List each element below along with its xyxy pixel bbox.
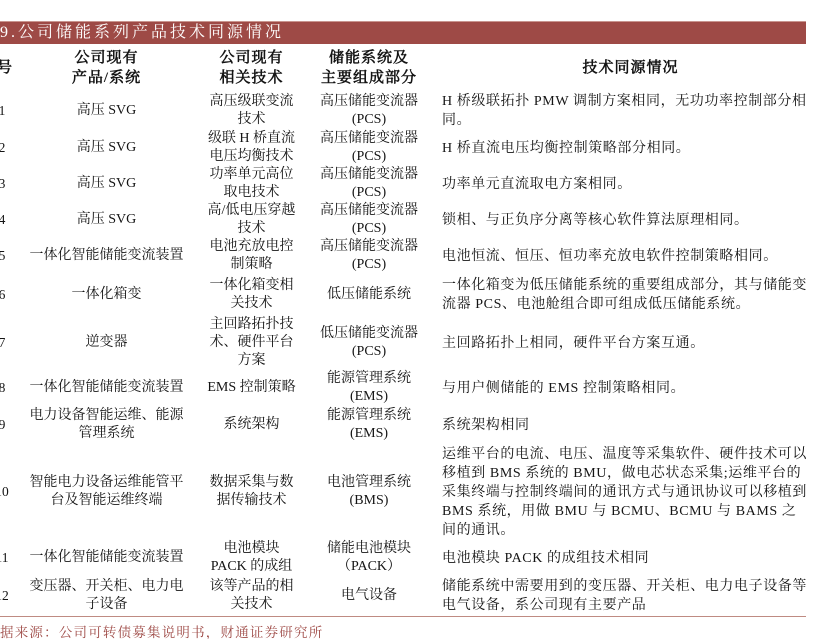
homology-cell: 主回路拓扑上相同，硬件平台方案互通。 (434, 316, 827, 370)
table-row: 1高压 SVG高压级联变流技术高压储能变流器(PCS)H 桥级联拓扑 PMW 调… (0, 92, 827, 130)
table-row: 12变压器、开关柜、电力电子设备该等产品的相关技术电气设备储能系统中需要用到的变… (0, 576, 827, 616)
table-row: 5一体化智能储能变流装置电池充放电控制策略高压储能变流器(PCS)电池恒流、恒压… (0, 238, 827, 274)
tech-cell: EMS 控制策略 (199, 370, 304, 406)
component-cell: 低压储能变流器(PCS) (304, 316, 434, 370)
table-body: 1高压 SVG高压级联变流技术高压储能变流器(PCS)H 桥级联拓扑 PMW 调… (0, 92, 827, 616)
homology-cell: 与用户侧储能的 EMS 控制策略相同。 (434, 370, 827, 406)
tech-cell: 高压级联变流技术 (199, 92, 304, 130)
table-title: 9.公司储能系列产品技术同源情况 (0, 24, 284, 41)
row-number-cell: 10 (0, 444, 14, 540)
component-cell: 能源管理系统(EMS) (304, 370, 434, 406)
homology-cell: 运维平台的电流、电压、温度等采集软件、硬件技术可以移植到 BMS 系统的 BMU… (434, 444, 827, 540)
tech-cell: 数据采集与数据传输技术 (199, 444, 304, 540)
product-cell: 变压器、开关柜、电力电子设备 (14, 576, 199, 616)
tech-cell: 电池充放电控制策略 (199, 238, 304, 274)
row-number-cell: 8 (0, 370, 14, 406)
source-note: 据来源：公司可转债募集说明书，财通证券研究所 (0, 617, 806, 639)
homology-cell: 锁相、与正负序分离等核心软件算法原理相同。 (434, 202, 827, 238)
homology-table: 号 公司现有 产品/系统 公司现有 相关技术 储能系统及 主要组成部分 技术同源… (0, 44, 827, 616)
table-row: 6一体化箱变一体化箱变相关技术低压储能系统一体化箱变为低压储能系统的重要组成部分… (0, 274, 827, 316)
tech-cell: 电池模块 PACK 的成组 (199, 540, 304, 576)
row-number-cell: 3 (0, 166, 14, 202)
table-row: 9电力设备智能运维、能源管理系统系统架构能源管理系统(EMS)系统架构相同 (0, 406, 827, 444)
table-row: 8一体化智能储能变流装置EMS 控制策略能源管理系统(EMS)与用户侧储能的 E… (0, 370, 827, 406)
table-row: 10智能电力设备运维能管平台及智能运维终端数据采集与数据传输技术电池管理系统(B… (0, 444, 827, 540)
homology-cell: 电池模块 PACK 的成组技术相同 (434, 540, 827, 576)
product-cell: 高压 SVG (14, 92, 199, 130)
component-cell: 高压储能变流器(PCS) (304, 238, 434, 274)
table-wrap: 号 公司现有 产品/系统 公司现有 相关技术 储能系统及 主要组成部分 技术同源… (0, 44, 827, 639)
row-number-cell: 7 (0, 316, 14, 370)
component-cell: 储能电池模块（PACK） (304, 540, 434, 576)
table-row: 4高压 SVG高/低电压穿越技术高压储能变流器(PCS)锁相、与正负序分离等核心… (0, 202, 827, 238)
row-number-cell: 12 (0, 576, 14, 616)
header-tech: 公司现有 相关技术 (199, 44, 304, 92)
tech-cell: 该等产品的相关技术 (199, 576, 304, 616)
product-cell: 一体化智能储能变流装置 (14, 238, 199, 274)
tech-cell: 级联 H 桥直流电压均衡技术 (199, 130, 304, 166)
component-cell: 电池管理系统(BMS) (304, 444, 434, 540)
homology-cell: 系统架构相同 (434, 406, 827, 444)
homology-cell: 功率单元直流取电方案相同。 (434, 166, 827, 202)
row-number-cell: 5 (0, 238, 14, 274)
product-cell: 高压 SVG (14, 166, 199, 202)
row-number-cell: 9 (0, 406, 14, 444)
homology-cell: 一体化箱变为低压储能系统的重要组成部分，其与储能变流器 PCS、电池舱组合即可组… (434, 274, 827, 316)
table-header: 号 公司现有 产品/系统 公司现有 相关技术 储能系统及 主要组成部分 技术同源… (0, 44, 827, 92)
component-cell: 高压储能变流器(PCS) (304, 166, 434, 202)
table-row: 7逆变器主回路拓扑技术、硬件平台方案低压储能变流器(PCS)主回路拓扑上相同，硬… (0, 316, 827, 370)
component-cell: 高压储能变流器(PCS) (304, 130, 434, 166)
header-homology: 技术同源情况 (434, 44, 827, 92)
homology-cell: 储能系统中需要用到的变压器、开关柜、电力电子设备等电气设备，系公司现有主要产品 (434, 576, 827, 616)
product-cell: 电力设备智能运维、能源管理系统 (14, 406, 199, 444)
header-component: 储能系统及 主要组成部分 (304, 44, 434, 92)
table-title-bar: 9.公司储能系列产品技术同源情况 (0, 21, 806, 44)
header-product: 公司现有 产品/系统 (14, 44, 199, 92)
table-row: 2高压 SVG级联 H 桥直流电压均衡技术高压储能变流器(PCS)H 桥直流电压… (0, 130, 827, 166)
tech-cell: 功率单元高位取电技术 (199, 166, 304, 202)
component-cell: 能源管理系统(EMS) (304, 406, 434, 444)
header-no: 号 (0, 44, 14, 92)
tech-cell: 高/低电压穿越技术 (199, 202, 304, 238)
product-cell: 高压 SVG (14, 202, 199, 238)
product-cell: 一体化智能储能变流装置 (14, 370, 199, 406)
tech-cell: 系统架构 (199, 406, 304, 444)
component-cell: 高压储能变流器(PCS) (304, 92, 434, 130)
product-cell: 一体化箱变 (14, 274, 199, 316)
component-cell: 电气设备 (304, 576, 434, 616)
row-number-cell: 1 (0, 92, 14, 130)
row-number-cell: 11 (0, 540, 14, 576)
header-row: 号 公司现有 产品/系统 公司现有 相关技术 储能系统及 主要组成部分 技术同源… (0, 44, 827, 92)
tech-cell: 主回路拓扑技术、硬件平台方案 (199, 316, 304, 370)
homology-cell: H 桥直流电压均衡控制策略部分相同。 (434, 130, 827, 166)
table-row: 3高压 SVG功率单元高位取电技术高压储能变流器(PCS)功率单元直流取电方案相… (0, 166, 827, 202)
table-row: 11一体化智能储能变流装置电池模块 PACK 的成组储能电池模块（PACK）电池… (0, 540, 827, 576)
tech-cell: 一体化箱变相关技术 (199, 274, 304, 316)
row-number-cell: 2 (0, 130, 14, 166)
page-root: 9.公司储能系列产品技术同源情况 号 公司现有 产品/系统 公司现有 相关技术 … (0, 0, 827, 639)
homology-cell: 电池恒流、恒压、恒功率充放电软件控制策略相同。 (434, 238, 827, 274)
table-bottom-divider: 据来源：公司可转债募集说明书，财通证券研究所 (0, 616, 806, 639)
component-cell: 高压储能变流器(PCS) (304, 202, 434, 238)
product-cell: 一体化智能储能变流装置 (14, 540, 199, 576)
product-cell: 逆变器 (14, 316, 199, 370)
product-cell: 高压 SVG (14, 130, 199, 166)
homology-cell: H 桥级联拓扑 PMW 调制方案相同，无功功率控制部分相同。 (434, 92, 827, 130)
component-cell: 低压储能系统 (304, 274, 434, 316)
product-cell: 智能电力设备运维能管平台及智能运维终端 (14, 444, 199, 540)
row-number-cell: 4 (0, 202, 14, 238)
row-number-cell: 6 (0, 274, 14, 316)
